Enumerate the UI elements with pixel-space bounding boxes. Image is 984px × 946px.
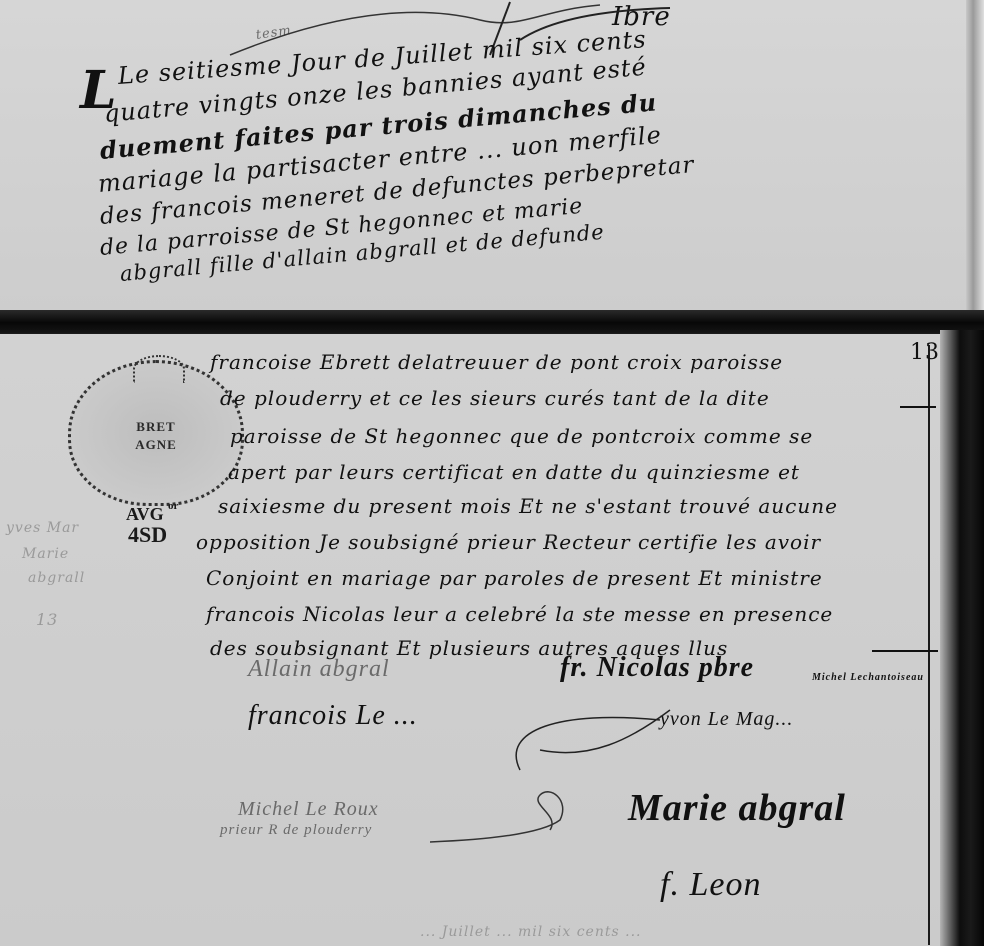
stamp-text-1: BRET: [71, 419, 241, 435]
crown-icon: [133, 355, 185, 383]
margin-note-3: abgrall: [28, 570, 85, 586]
record-line-b2: de plouderry et ce les sieurs curés tant…: [220, 386, 770, 410]
stamp-superscript: or: [168, 500, 178, 512]
stamp-price: 4SD: [128, 522, 167, 548]
signature-michel-lechantoiseau: Michel Lechantoiseau: [812, 672, 924, 683]
record-line-b4: apert par leurs certificat en datte du q…: [228, 460, 800, 484]
signature-fr-nicolas: fr. Nicolas pbre: [560, 652, 754, 684]
signature-marie-abgral: Marie abgral: [628, 786, 846, 830]
record-line-b6: opposition Je soubsigné prieur Recteur c…: [196, 530, 821, 554]
margin-note-1: yves Mar: [6, 520, 79, 536]
record-line-b8: francois Nicolas leur a celebré la ste m…: [206, 602, 833, 626]
paraph-flourish-icon: [500, 690, 680, 780]
signature-michel-le-roux: Michel Le Roux: [238, 798, 379, 821]
margin-note-4: 13: [36, 610, 58, 629]
stamp-text-2: AGNE: [71, 437, 241, 453]
upper-register-page: Ibre tesm L Le seitiesme Jour de Juillet…: [0, 0, 984, 312]
signature-francois-le: francois Le ...: [248, 700, 418, 732]
record-line-b7: Conjoint en mariage par paroles de prese…: [206, 566, 823, 590]
line-filler: [900, 406, 936, 408]
record-line-b1: francoise Ebrett delatreuuer de pont cro…: [210, 350, 783, 374]
margin-rule: [928, 345, 930, 945]
book-binding: [940, 330, 984, 946]
signature-f-leon: f. Leon: [660, 866, 761, 904]
margin-note-2: Marie: [22, 546, 69, 562]
signature-prieur-title: prieur R de plouderry: [220, 822, 372, 839]
strike-line: [872, 650, 938, 652]
page-number: 13: [910, 340, 940, 365]
signature-yvon-le-mag: yvon Le Mag...: [660, 708, 793, 731]
tax-stamp: BRET AGNE: [68, 360, 244, 506]
next-record-fragment: ... Juillet ... mil six cents ...: [420, 924, 641, 940]
record-line-b3: paroisse de St hegonnec que de pontcroix…: [230, 424, 813, 448]
record-line-b5: saixiesme du present mois Et ne s'estant…: [218, 494, 838, 518]
signature-allain-abgral: Allain abgral: [248, 656, 390, 683]
page-edge: [966, 0, 984, 312]
paraph-scroll-icon: [420, 780, 580, 850]
